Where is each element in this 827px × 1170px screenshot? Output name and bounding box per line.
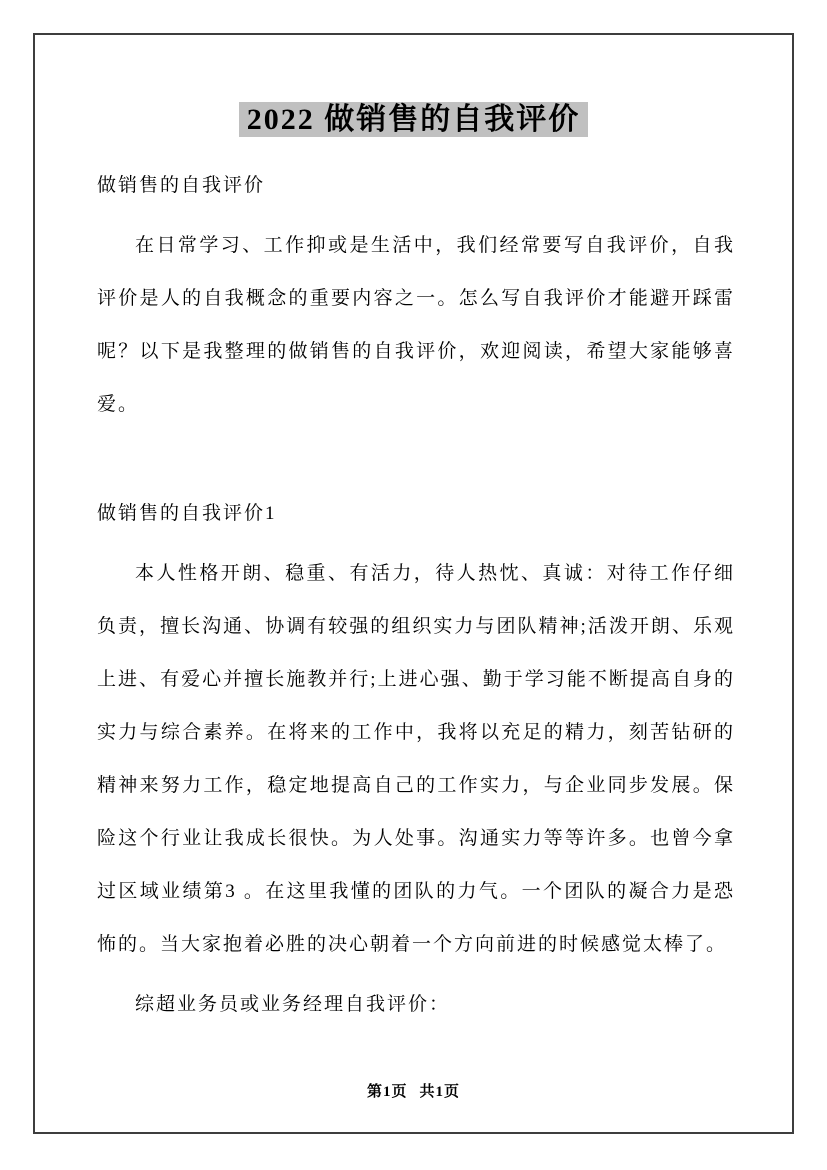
- footer-page-number: 第1页: [367, 1084, 408, 1100]
- paragraph: 综超业务员或业务经理自我评价：: [97, 978, 735, 1031]
- document-body: 做销售的自我评价在日常学习、工作抑或是生活中，我们经常要写自我评价，自我评价是人…: [35, 159, 792, 1031]
- paragraph: 做销售的自我评价: [97, 159, 735, 212]
- footer-total-pages: 共1页: [420, 1084, 461, 1100]
- title-highlight: 2022 做销售的自我评价: [239, 102, 589, 137]
- paragraph: 本人性格开朗、稳重、有活力，待人热忱、真诚：对待工作仔细负责，擅长沟通、协调有较…: [97, 547, 735, 971]
- page-footer: 第1页共1页: [35, 1082, 792, 1102]
- paragraph: 在日常学习、工作抑或是生活中，我们经常要写自我评价，自我评价是人的自我概念的重要…: [97, 219, 735, 431]
- document-page: 2022 做销售的自我评价 做销售的自我评价在日常学习、工作抑或是生活中，我们经…: [33, 33, 794, 1134]
- page-title: 2022 做销售的自我评价: [35, 98, 792, 142]
- paragraph: 做销售的自我评价1: [97, 487, 735, 540]
- paragraph: [97, 438, 735, 480]
